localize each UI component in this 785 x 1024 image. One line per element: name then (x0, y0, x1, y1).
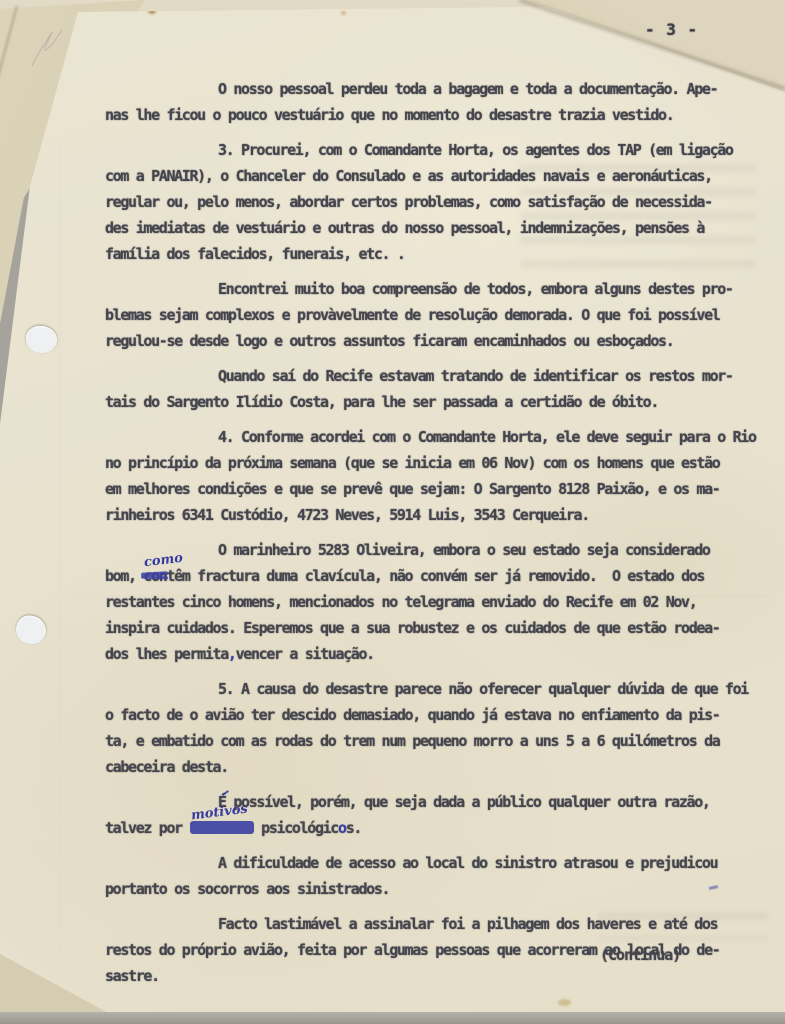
paragraph: 3. Procurei, com o Comandante Horta, os … (105, 137, 745, 267)
continuation-note: (Continua) (600, 946, 680, 964)
foxing-spot (341, 11, 346, 15)
punch-hole-patch (26, 326, 57, 353)
paragraph: 5. A causa do desastre parece não oferec… (105, 676, 745, 780)
paragraph: É possível, porém, que seja dada a públi… (105, 789, 745, 841)
pen-correction: o (338, 819, 346, 837)
typewritten-body: O nosso pessoal perdeu toda a bagagem e … (105, 76, 745, 998)
pen-correction: , (228, 645, 236, 663)
paper-crease (60, 140, 63, 960)
paragraph: O marinheiro 5283 Oliveira, embora o seu… (105, 537, 745, 667)
page-number: - 3 - (645, 20, 698, 39)
scribbled-word: motivos (190, 815, 254, 841)
paragraph: 4. Conforme acordei com o Comandante Hor… (105, 424, 745, 528)
scan-bed-edge (0, 1012, 785, 1024)
scanned-document: O nosso pessoal perdeu toda a bagagem e … (0, 0, 785, 1024)
document-page: O nosso pessoal perdeu toda a bagagem e … (0, 0, 785, 1024)
paragraph: O nosso pessoal perdeu toda a bagagem e … (105, 76, 745, 128)
paragraph: A dificuldade de acesso ao local do sini… (105, 850, 745, 902)
paragraph: Encontrei muito boa compreensão de todos… (105, 276, 745, 354)
struck-word: concomo (143, 563, 166, 589)
handwritten-annotation: como (143, 546, 185, 577)
foxing-spot (558, 999, 571, 1006)
paragraph: Quando saí do Recife estavam tratando de… (105, 363, 745, 415)
